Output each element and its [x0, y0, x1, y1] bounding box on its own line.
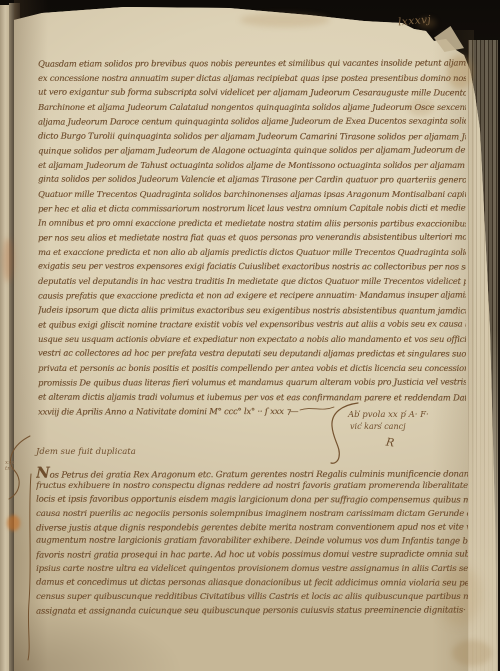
date-line-flourish [300, 407, 334, 410]
manuscript-text-line: fructus exhibuere in nostro conspectu di… [36, 480, 468, 494]
manuscript-text-line: census super quibuscunque redditibus Civ… [36, 591, 468, 605]
manuscript-photo: lxxxvj Quasdam etiam solidos pro brevibu… [0, 0, 500, 671]
chancery-note-line: vic̕ kars̕ cancj [350, 422, 429, 431]
manuscript-text-line: assignata et assignanda cuicunque seu qu… [36, 604, 468, 619]
marginal-note-line: tm̕ [5, 466, 14, 472]
manuscript-entry-2: Nos Petrus dei gratia Rex Aragonum etc. … [36, 466, 468, 626]
chancery-note-line: Ab̕ pvola xx p̕ A· F· [348, 410, 429, 420]
chancery-note: Ab̕ pvola xx p̕ A· F· vic̕ kars̕ cancj R [348, 410, 429, 450]
manuscript-text-line: ipsius carte nostre ultra ea videlicet q… [36, 563, 468, 577]
manuscript-text-line: favoris nostri gratia prosequi in hac pa… [36, 549, 468, 564]
manuscript-text-line: causa nostri puerilis ac negociis person… [36, 508, 468, 522]
marginal-note: xxx tm̕ [5, 460, 14, 472]
initial-descender-flourish [28, 474, 31, 660]
manuscript-text-line: locis et ipsis favoribus opportunis eisd… [36, 493, 468, 508]
manuscript-text-line: augmentum nostre largicionis gratiam fav… [36, 535, 468, 550]
manuscript-text-line: Nos Petrus dei gratia Rex Aragonum etc. … [36, 466, 468, 480]
duplicata-annotation: Jdem sue fuit duplicata [36, 447, 136, 457]
chancery-sign: R [385, 435, 395, 449]
manuscript-text-line: damus et concedimus ut dictas personas a… [36, 577, 468, 592]
